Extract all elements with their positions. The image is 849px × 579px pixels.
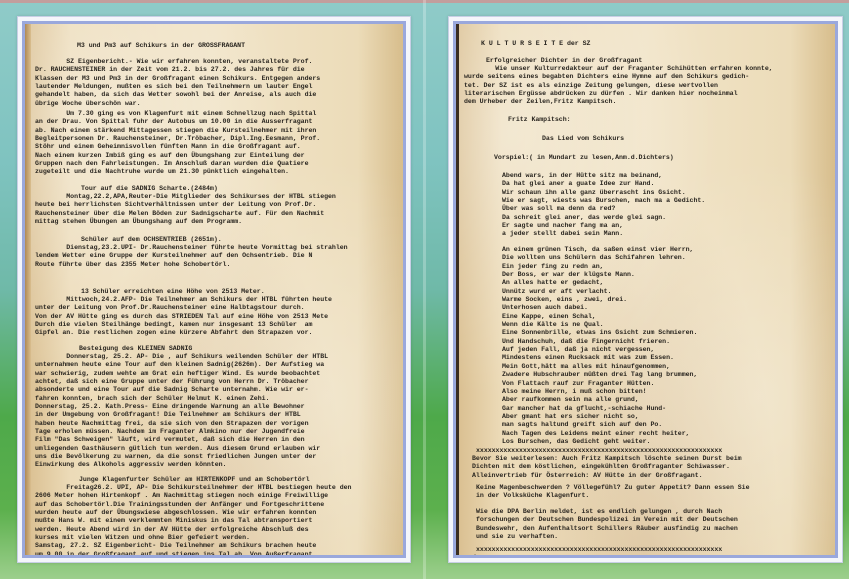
text-line: Eine Kappe, einen Schal,: [502, 313, 697, 321]
left-para3: Montag,22.2,APA,Reuter-Die Mitglieder de…: [35, 193, 336, 226]
left-page-paper: M3 und Pm3 auf Schikurs in der GROSSFRAG…: [25, 24, 403, 555]
text-line: Rauchensteiner über die Melen Böden zur …: [35, 210, 336, 218]
right-stanza1: Abend wars, in der Hütte sitz ma beinand…: [502, 172, 705, 239]
text-line: war schwierig, zudem wehte am Grat ein h…: [35, 370, 328, 378]
text-line: Aber gmant hat ers sicher nicht so,: [502, 413, 697, 421]
text-line: Unnütz wurd er aft verlacht.: [502, 288, 697, 296]
text-line: Montag,22.2,APA,Reuter-Die Mitglieder de…: [35, 193, 336, 201]
left-para7: Freitag26.2. UPI, AP- Die Schikursteilne…: [35, 484, 351, 555]
text-line: heute bei herrlichsten Sichtverhältnisse…: [35, 201, 336, 209]
text-line: Nach einem kurzen Imbiß ging es auf den …: [35, 152, 320, 160]
text-line: haben heute Nachmittag frei, da sie sich…: [35, 420, 328, 428]
text-line: Eine Sonnenbrille, etwas ins Gsicht zum …: [502, 329, 697, 337]
text-line: unter der Leitung von Prof.Dr.Rauchenste…: [35, 304, 332, 312]
text-line: Also meine Herrn, i muß schon bitten!: [502, 388, 697, 396]
text-line: werden. Heute Abend wird in der AV Hütte…: [35, 526, 351, 534]
left-title: M3 und Pm3 auf Schikurs in der GROSSFRAG…: [77, 42, 245, 50]
text-line: ab. Nach einem stärkend Mittagessen stie…: [35, 127, 320, 135]
text-line: unternahmen heute eine Tour auf den klei…: [35, 361, 328, 369]
text-line: gehandelt haben, da sich das Wetter sowo…: [35, 91, 320, 99]
right-page-paper: K U L T U R S E I T E der SZ Erfolgreich…: [456, 24, 835, 555]
text-line: zugeteilt und die Nachtruhe wurde um 21.…: [35, 168, 320, 176]
left-para2: Um 7.30 ging es von Klagenfurt mit einem…: [35, 110, 320, 177]
text-line: Von der AV Hütte ging es durch das STRIE…: [35, 313, 332, 321]
left-para5: Mittwoch,24.2.AFP- Die Teilnehmer am Sch…: [35, 296, 332, 338]
text-line: Wir schaun ihn alle ganz überrascht ins …: [502, 189, 705, 197]
text-line: Bevor Sie weiterlesen: Auch Fritz Kampit…: [472, 455, 742, 463]
text-line: Los Burschen, das Gedicht geht weiter.: [502, 438, 697, 446]
right-author: Fritz Kampitsch:: [508, 116, 571, 124]
text-line: SZ Eigenbericht.- Wie wir erfahren konnt…: [35, 58, 320, 66]
text-line: Donnerstag, 25.2. Kath.Press- Eine dring…: [35, 403, 328, 411]
text-line: Dienstag,23.2.UPI- Dr.Rauchensteiner füh…: [35, 244, 348, 252]
text-line: Warme Socken, eins , zwei, drei.: [502, 296, 697, 304]
right-page-border: K U L T U R S E I T E der SZ Erfolgreich…: [453, 21, 838, 558]
text-line: Wie unser Kulturredakteur auf der Fragan…: [464, 65, 773, 73]
text-line: uns die Bevölkerung zu warnen, da die so…: [35, 453, 328, 461]
text-line: Dr. RAUCHENSTEINER in der Zeit vom 21.2.…: [35, 66, 320, 74]
text-line: übrige Woche überschön war.: [35, 100, 320, 108]
text-line: lautender Meldungen, mußten es sich bei …: [35, 83, 320, 91]
right-stanza2: An einem grünen Tisch, da saßen einst vi…: [502, 246, 697, 446]
text-line: Alleinvertrieb für Österreich: AV Hütte …: [472, 472, 742, 480]
text-line: Gruppen nach den Fahrleistungen. Im Ansc…: [35, 160, 320, 168]
text-line: Da hat glei aner a guate Idee zur Hand.: [502, 180, 705, 188]
text-line: um 9.00 in der Großfragant auf und stieg…: [35, 551, 351, 555]
right-ad-volkskueche: Keine Magenbeschwerden ? Völlegefühl? Zu…: [476, 484, 749, 501]
text-line: Und Handschuh, daß die Fingernicht frier…: [502, 338, 697, 346]
text-line: Zwadere Hubschrauber müßten drei Tag lan…: [502, 371, 697, 379]
text-line: An einem grünen Tisch, da saßen einst vi…: [502, 246, 697, 254]
text-line: achtet, daß sich eine Gruppe unter der F…: [35, 378, 328, 386]
text-line: Wenn die Kälte is ne Qual.: [502, 321, 697, 329]
book-spine: [423, 0, 426, 579]
text-line: Ein jeder fing zu redn an,: [502, 263, 697, 271]
text-line: Der Boss, er war der klügste Mann.: [502, 271, 697, 279]
text-line: Einwirkung des Alkohols aggressiv werden…: [35, 461, 328, 469]
right-prelude: Vorspiel:( in Mundart zu lesen,Anm.d.Dic…: [494, 154, 674, 162]
text-line: Durch die vielen Steilhänge bedingt, kam…: [35, 321, 332, 329]
text-line: Die wollten uns Schülern das Schifahren …: [502, 254, 697, 262]
right-last-word: der: [472, 554, 484, 555]
left-page-frame: M3 und Pm3 auf Schikurs in der GROSSFRAG…: [17, 16, 411, 563]
text-line: lendem Wetter eine Gruppe der Kursteilne…: [35, 252, 348, 260]
text-line: in der Volksküche Klagenfurt.: [476, 492, 749, 500]
left-page-border: M3 und Pm3 auf Schikurs in der GROSSFRAG…: [22, 21, 406, 558]
text-line: umliegenden Gasthäusern gütlich tun werd…: [35, 445, 328, 453]
text-line: absonderte und eine Tour auf die Sadnig …: [35, 386, 328, 394]
text-line: Tage erholen müssen. Nachdem im Fragante…: [35, 428, 328, 436]
text-line: Über was soll ma denn da red?: [502, 205, 705, 213]
text-line: Um 7.30 ging es von Klagenfurt mit einem…: [35, 110, 320, 118]
left-para1: SZ Eigenbericht.- Wie wir erfahren konnt…: [35, 58, 320, 108]
text-line: Route führte über das 2355 Meter hohe Sc…: [35, 261, 348, 269]
left-para4: Dienstag,23.2.UPI- Dr.Rauchensteiner füh…: [35, 244, 348, 269]
text-line: a jeder stellt dabei sein Mann.: [502, 230, 705, 238]
text-line: Er sagte und nacher fang ma an,: [502, 222, 705, 230]
right-page-frame: K U L T U R S E I T E der SZ Erfolgreich…: [448, 16, 843, 563]
text-line: 2606 Meter hohen Hirtenkopf . Am Nachmit…: [35, 492, 351, 500]
right-intro: Wie unser Kulturredakteur auf der Fragan…: [464, 65, 773, 107]
text-line: Abend wars, in der Hütte sitz ma beinand…: [502, 172, 705, 180]
text-line: Donnerstag, 25.2. AP- Die , auf Schikurs…: [35, 353, 328, 361]
text-line: Aber raufkommen sein ma alle grund,: [502, 396, 697, 404]
text-line: literarischen Ergüsse abdrücken zu dürfe…: [464, 90, 773, 98]
text-line: Film "Das Schweigen" läuft, wird vermute…: [35, 436, 328, 444]
text-line: Bundeswehr, den Aufenthaltsort Schillers…: [476, 525, 738, 533]
text-line: Wie die DPA Berlin meldet, ist es endlic…: [476, 508, 738, 516]
left-para6: Donnerstag, 25.2. AP- Die , auf Schikurs…: [35, 353, 328, 470]
text-line: an der Drau. Von Spittal fuhr der Autobu…: [35, 118, 320, 126]
text-line: Da schreit glei aner, das werde glei sag…: [502, 214, 705, 222]
text-line: in der Umgebung von Großfragant! Die Tei…: [35, 411, 328, 419]
text-line: Dichten mit dem köstlichen, eingekühlten…: [472, 463, 742, 471]
text-line: fahren konnten, brach sich der Schüler H…: [35, 395, 328, 403]
text-line: Gar mancher hat da gflucht,-schiache Hun…: [502, 405, 697, 413]
right-title: K U L T U R S E I T E der SZ: [481, 40, 590, 48]
text-line: wurde seitens eines begabten Dichters ei…: [464, 73, 773, 81]
text-line: Mindestens einen Rucksack mit was zum Es…: [502, 354, 697, 362]
text-line: Freitag26.2. UPI, AP- Die Schikursteilne…: [35, 484, 351, 492]
right-ad-schiwasser: Bevor Sie weiterlesen: Auch Fritz Kampit…: [472, 455, 742, 480]
text-line: Samstag, 27.2. SZ Eigenbericht- Die Teil…: [35, 542, 351, 550]
text-line: kurses mit vielen Witzen und ohne Bier g…: [35, 534, 351, 542]
text-line: Begleitpersonen Dr. Rauchensteiner, Dr.T…: [35, 135, 320, 143]
text-line: forschungen der Deutschen Bundespolizei …: [476, 516, 738, 524]
text-line: mußte Hans W. mit einem verklemmten Mini…: [35, 517, 351, 525]
text-line: Auf jeden Fall, daß ja nicht vergessen,: [502, 346, 697, 354]
text-line: Stöhr und einem Geheimnisvollen fünften …: [35, 143, 320, 151]
text-line: Gipfel an. Die restlichen zogen eine kür…: [35, 329, 332, 337]
text-line: Nach Tagen des Leidens meint einer recht…: [502, 430, 697, 438]
text-line: Klassen der M3 und Pm3 in der Großfragan…: [35, 75, 320, 83]
text-line: Keine Magenbeschwerden ? Völlegefühl? Zu…: [476, 484, 749, 492]
text-line: Mittwoch,24.2.AFP- Die Teilnehmer am Sch…: [35, 296, 332, 304]
right-poem-title: Das Lied vom Schikurs: [542, 135, 624, 143]
text-line: Mein Gott,hätt ma alles mit hinaufgenomm…: [502, 363, 697, 371]
text-line: Von Flattach rauf zur Fraganter Hütten.: [502, 380, 697, 388]
text-line: und sie zu verhaften.: [476, 533, 738, 541]
text-line: dem Urheber der Zeilen,Fritz Kampitsch.: [464, 98, 773, 106]
text-line: Unterhosen auch dabei.: [502, 304, 697, 312]
text-line: man sagts haltund greift sich auf den Po…: [502, 421, 697, 429]
right-news-dpa: Wie die DPA Berlin meldet, ist es endlic…: [476, 508, 738, 541]
text-line: auf das Schobertörl.Die Trainingsstunden…: [35, 501, 351, 509]
text-line: wurden heute auf der Übungswiese abgesch…: [35, 509, 351, 517]
text-line: An alles hatte er gedacht,: [502, 279, 697, 287]
right-struck-line: xxxxxxxxxxxxxxxxxxxxxxxxxxxxxxxxxxxxxxxx…: [476, 546, 722, 554]
text-line: mittag stehen Übungen am Übungshang auf …: [35, 218, 336, 226]
text-line: tet. Der SZ ist es als einzige Zeitung g…: [464, 82, 773, 90]
